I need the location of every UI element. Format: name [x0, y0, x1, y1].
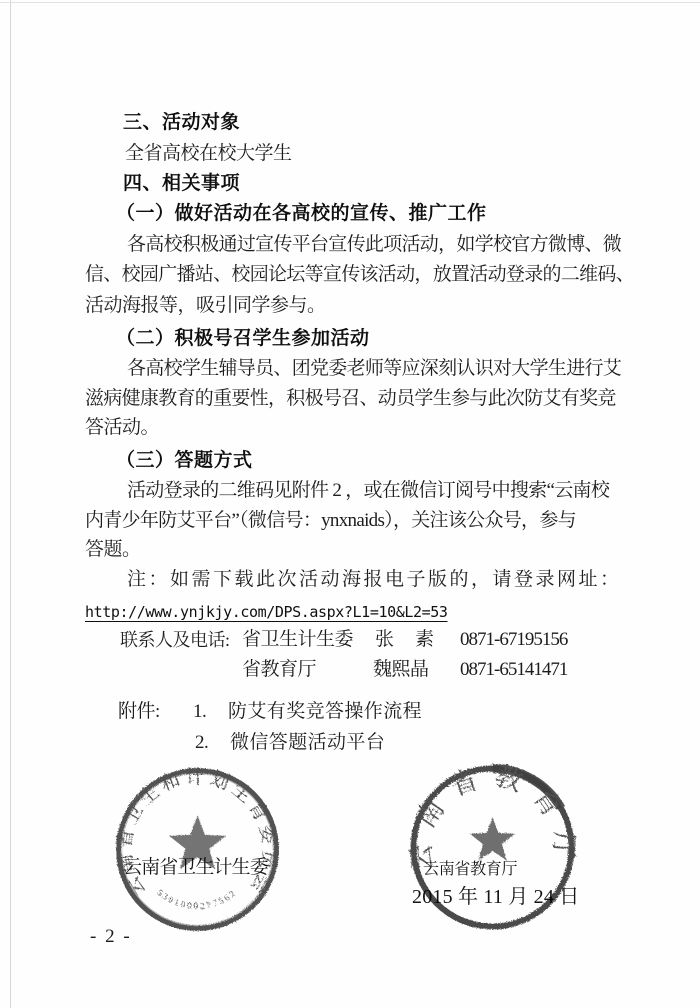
attachment1-text: 防艾有奖竞答操作流程: [228, 701, 422, 723]
printed-health-commission-name: 云南省卫生计生委: [123, 852, 268, 879]
contact1-name: 张 素: [375, 629, 435, 651]
attachments-label: 附件:: [118, 701, 160, 723]
attachment1-number: 1.: [193, 701, 206, 723]
contact1-phone: 0871-67195156: [460, 629, 567, 651]
subsection3-title: （三）答题方式: [116, 450, 253, 472]
subsection3-line1: 活动登录的二维码见附件 2 ，或在微信订阅号中搜索“云南校: [127, 480, 609, 502]
subsection1-line1: 各高校积极通过宣传平台宣传此项活动，如学校官方微博、微: [127, 234, 621, 256]
printed-education-department-name: 云南省教育厅: [423, 856, 517, 879]
document-page: 三、活动对象 全省高校在校大学生 四、相关事项 （一）做好活动在各高校的宣传、推…: [0, 0, 700, 1008]
subsection3-line2: 内青少年防艾平台”（微信号：ynxnaids），关注该公众号，参与: [85, 510, 576, 532]
scan-edge-top: [0, 2, 700, 3]
subsection2-line3: 答活动。: [85, 417, 159, 439]
subsection3-line3: 答题。: [85, 539, 141, 561]
poster-download-url: http://www.ynjkjy.com/DPS.aspx?L1=10&L2=…: [85, 601, 448, 623]
page-number: - 2 -: [90, 926, 132, 948]
note-line: 注：如需下载此次活动海报电子版的，请登录网址：: [127, 569, 622, 591]
contact2-name: 魏熙晶: [373, 659, 429, 681]
section-heading-four: 四、相关事项: [123, 173, 240, 195]
scan-edge-left: [10, 0, 11, 1008]
issue-date: 2015 年 11 月 24 日: [412, 880, 579, 909]
contact2-phone: 0871-65141471: [460, 659, 567, 681]
subsection2-title: （二）积极号召学生参加活动: [116, 328, 370, 350]
contact1-org: 省卫生计生委: [242, 629, 353, 651]
subsection2-line2: 滋病健康教育的重要性，积极号召、动员学生参与此次防艾有奖竞: [85, 388, 616, 410]
paragraph-target-audience: 全省高校在校大学生: [125, 143, 292, 165]
subsection2-line1: 各高校学生辅导员、团党委老师等应深刻认识对大学生进行艾: [127, 358, 621, 380]
attachment2-number: 2.: [195, 732, 208, 754]
section-heading-three: 三、活动对象: [123, 112, 240, 134]
attachment2-text: 微信答题活动平台: [230, 732, 385, 754]
star-icon: [470, 817, 516, 860]
health-commission-seal: 云南省卫生和计划生育委员会 5301000277562: [110, 762, 285, 937]
seal-serial-number: 5301000277562: [155, 887, 239, 911]
subsection1-title: （一）做好活动在各高校的宣传、推广工作: [116, 203, 487, 225]
subsection1-line2: 信、校园广播站、校园论坛等宣传该活动，放置活动登录的二维码、: [85, 264, 634, 286]
contact2-org: 省教育厅: [242, 659, 316, 681]
subsection1-line3: 活动海报等，吸引同学参与。: [85, 295, 326, 317]
contact-label: 联系人及电话:: [120, 629, 230, 651]
